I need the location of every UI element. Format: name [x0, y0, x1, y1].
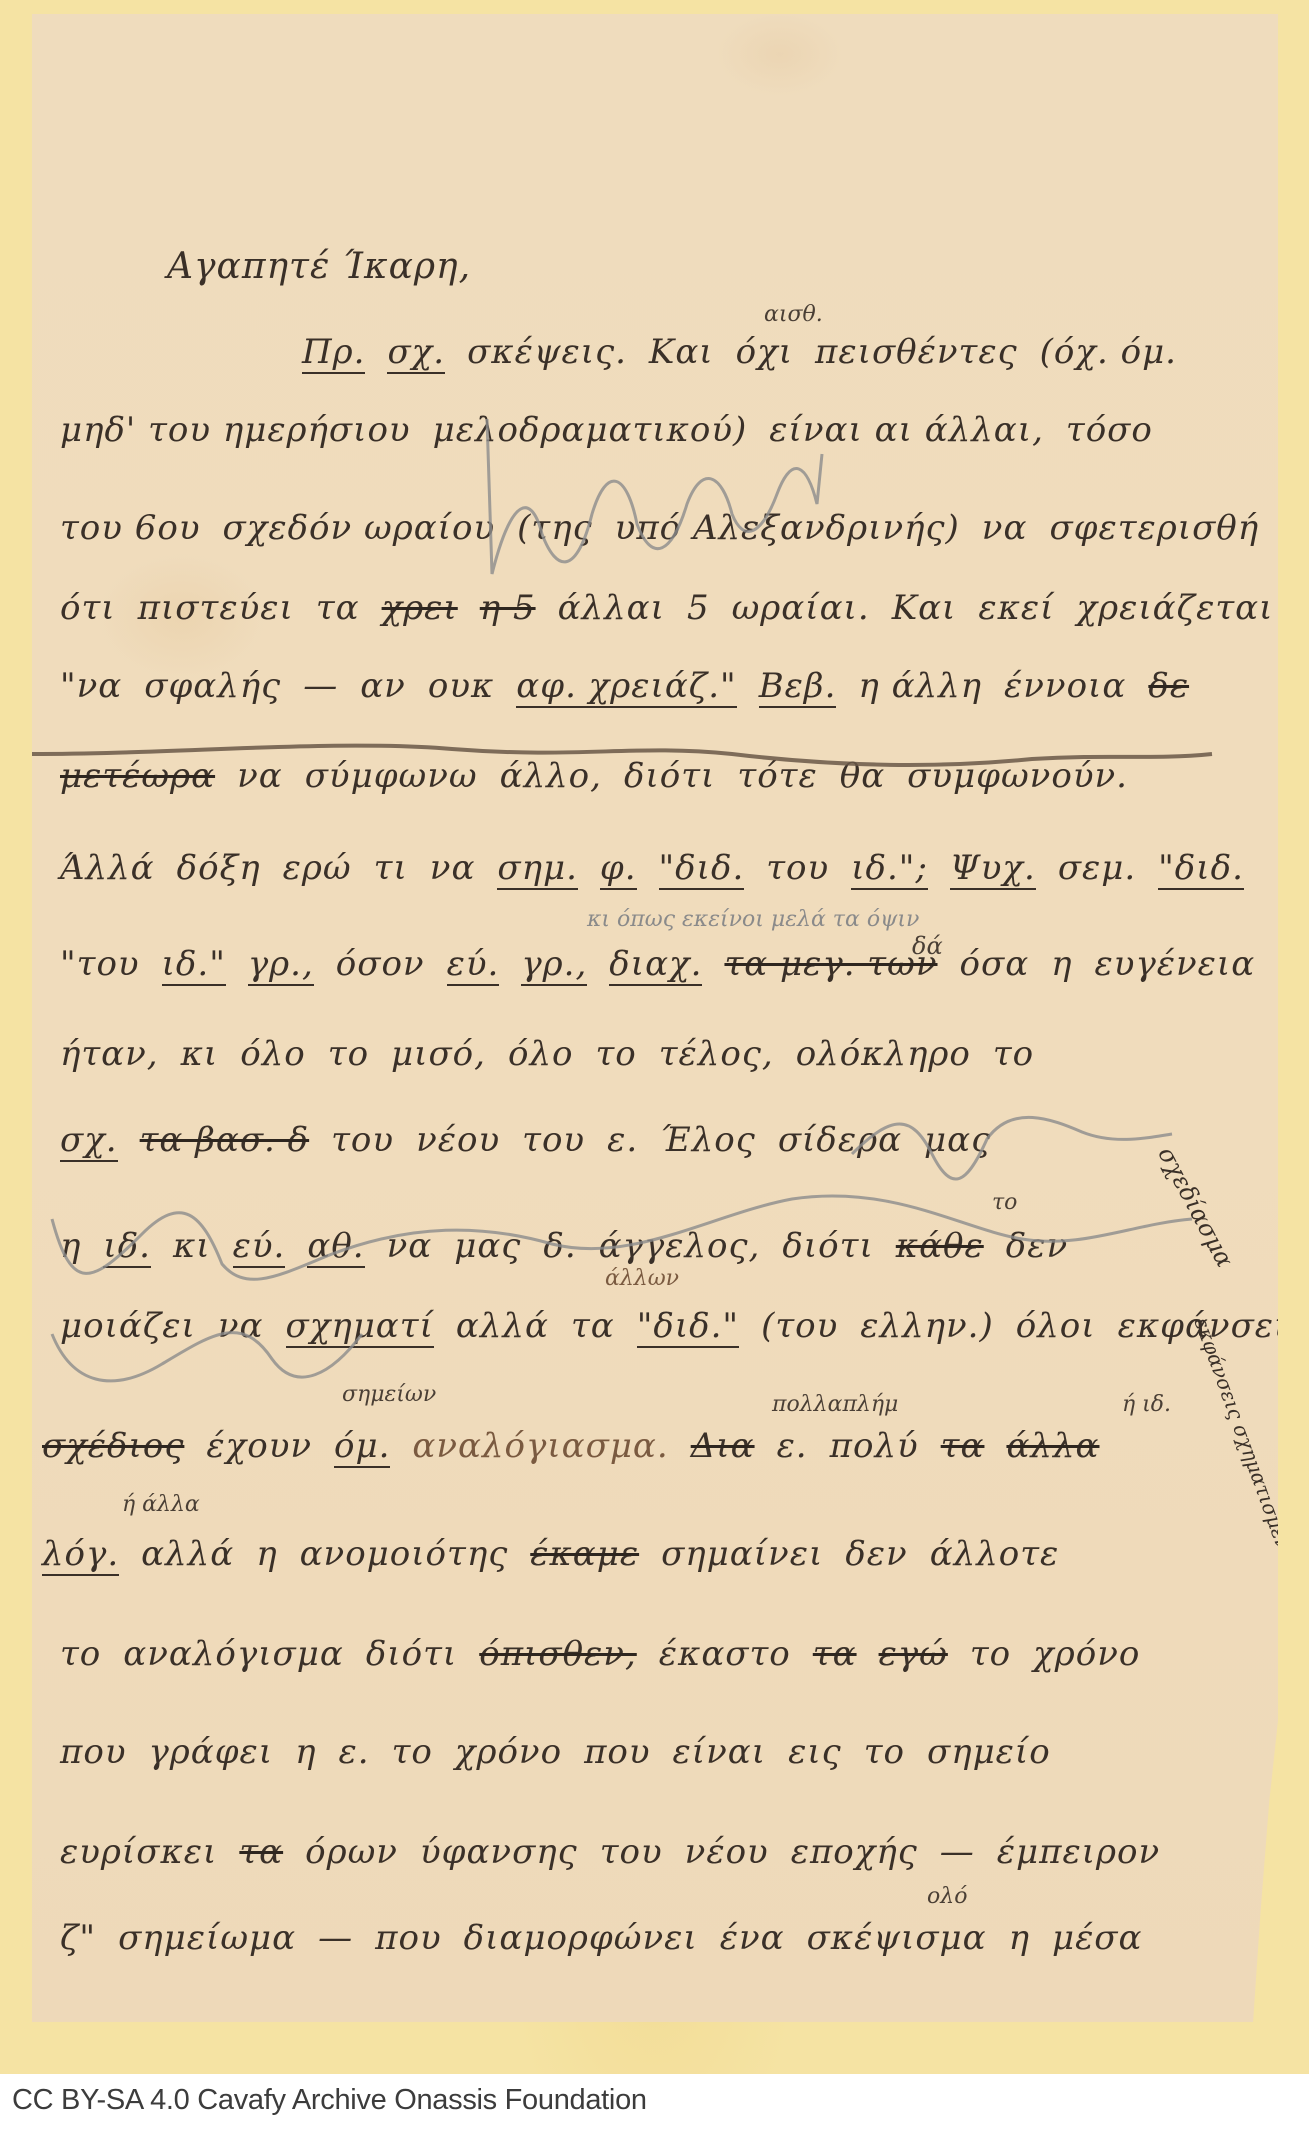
word: όλο [508, 1034, 574, 1074]
word: το [993, 1034, 1034, 1074]
interlinear-note: το [992, 1190, 1017, 1215]
word: ανομοιότης [300, 1534, 509, 1574]
word: η [60, 1226, 81, 1266]
word: Και [892, 588, 957, 628]
word: εποχής [791, 1832, 918, 1872]
word: πεισθέντες [815, 332, 1018, 372]
word: να [982, 508, 1028, 548]
struck-word: άλλα [1006, 1426, 1099, 1466]
word: σφετερισθή [1049, 508, 1259, 548]
word: ιδ." [162, 944, 226, 986]
word: τα [571, 1306, 615, 1346]
word: όχι [736, 332, 793, 372]
word: γρ., [521, 944, 587, 986]
word: σχ. [60, 1120, 118, 1162]
word: δεν [845, 1534, 907, 1574]
struck-word: τα [813, 1634, 857, 1674]
word: το [970, 1634, 1011, 1674]
word: πιστεύει [138, 588, 294, 628]
word: σκέψεις. [467, 332, 627, 372]
word: ύφανσης [420, 1832, 578, 1872]
word: σχ. [387, 332, 445, 374]
manuscript-line-4: ότιπιστεύειταχρειη 5άλλαι5ωραίαι.Καιεκεί… [60, 588, 1295, 628]
word: είναι αι άλλαι, [769, 410, 1044, 450]
word: αν [360, 666, 406, 706]
interlinear-note: κι όπως εκείνοι μελά τα όψιν [587, 907, 919, 932]
word: η [295, 1732, 316, 1772]
manuscript-line-7: Άλλάδόξηερώτινασημ.φ."διδ.τουιδ.";Ψυχ.σε… [60, 848, 1266, 890]
word: όρων [305, 1832, 398, 1872]
word: "διδ. [659, 848, 745, 890]
word: όσα [960, 944, 1030, 984]
word: (της [517, 508, 593, 548]
struck-word: τα βασ. δ [140, 1120, 310, 1160]
word: του [766, 848, 829, 888]
struck-word: σχέδιος [42, 1426, 184, 1466]
word: μας [454, 1226, 521, 1266]
word: ελλην.) [860, 1306, 993, 1346]
word: τέλος, [659, 1034, 774, 1074]
word: μέσα [1052, 1918, 1143, 1958]
word: δ. [543, 1226, 576, 1266]
greeting: Αγαπητέ Ίκαρη, [167, 246, 471, 287]
word: 5 [687, 588, 710, 628]
word: αναλόγιασμα. [412, 1426, 668, 1466]
word: χρειάζεται [1077, 588, 1274, 628]
word: μισό, [391, 1034, 486, 1074]
interlinear-note: πολλαπλήμ [772, 1392, 898, 1417]
license-credit: CC BY-SA 4.0 Cavafy Archive Onassis Foun… [12, 2084, 647, 2117]
word: η [256, 1534, 277, 1574]
interlinear-note: ή άλλα [122, 1492, 200, 1517]
word: η [1009, 1918, 1030, 1958]
word: μηδ' του ημερήσιου [60, 410, 411, 450]
manuscript-line-2: μηδ' του ημερήσιουμελοδραματικού)είναι α… [60, 410, 1175, 450]
word: είναι [673, 1732, 767, 1772]
word: — [318, 1918, 353, 1958]
word: ήταν, [60, 1034, 159, 1074]
word: σημείο [927, 1732, 1051, 1772]
word: που [375, 1918, 441, 1958]
word: ευγένεια [1095, 944, 1256, 984]
word: έκαστο [659, 1634, 791, 1674]
word: σίδερα [778, 1120, 902, 1160]
interlinear-note: άλλων [605, 1266, 679, 1291]
word: άγγελος, [599, 1226, 761, 1266]
word: αλλά [141, 1534, 234, 1574]
word: χρόνο [1033, 1634, 1140, 1674]
manuscript-line-1: Πρ.σχ.σκέψεις.Καιόχιπεισθέντες(όχ. όμ. [302, 332, 1199, 374]
word: δόξη [177, 848, 261, 888]
word: διότι [624, 756, 715, 796]
word: όμ. [334, 1426, 390, 1468]
word: "διδ." [637, 1306, 739, 1348]
word: τι [374, 848, 408, 888]
word: εύ. [233, 1226, 286, 1268]
interlinear-note: ή ιδ. [1122, 1392, 1171, 1417]
word: αναλόγισμα [123, 1634, 344, 1674]
word: του [522, 1120, 585, 1160]
word: — [303, 666, 338, 706]
word: η άλλη [858, 666, 982, 706]
interlinear-note: αισθ. [764, 302, 823, 327]
struck-word: τα μεγ. των [724, 944, 937, 984]
word: κι [173, 1226, 211, 1266]
word: το [392, 1732, 433, 1772]
word: του [600, 1832, 663, 1872]
word: αφ. χρειάζ." [516, 666, 736, 708]
word: Άλλά [60, 848, 155, 888]
word: γράφει [148, 1732, 273, 1772]
word: το [60, 1634, 101, 1674]
word: "να [60, 666, 122, 706]
word: ένα [720, 1918, 785, 1958]
struck-word: όπισθεν, [479, 1634, 637, 1674]
word: Βεβ. [759, 666, 837, 708]
word: ολόκληρο [796, 1034, 971, 1074]
word: αλλά [456, 1306, 549, 1346]
word: σεμ. [1058, 848, 1136, 888]
word: έχουν [206, 1426, 312, 1466]
word: σημ. [497, 848, 577, 890]
word: ωραίαι. [732, 588, 870, 628]
word: τόσο [1066, 410, 1153, 450]
word: ουκ [428, 666, 494, 706]
word: το [864, 1732, 905, 1772]
word: ιδ."; [851, 848, 928, 890]
word: ευρίσκει [60, 1832, 217, 1872]
interlinear-note: σημείων [342, 1382, 436, 1407]
word: δεν [1006, 1226, 1068, 1266]
word: ε. [339, 1732, 370, 1772]
word: λόγ. [42, 1534, 119, 1576]
word: Πρ. [302, 332, 365, 374]
word: που [584, 1732, 650, 1772]
word: γρ., [248, 944, 314, 986]
manuscript-line-6: μετέωρανασύμφωνωάλλο,διότιτότεθασυμφωνού… [60, 756, 1150, 796]
word: υπό Αλεξανδρινής) [615, 508, 960, 548]
word: Ψυχ. [950, 848, 1036, 890]
word: τότε [737, 756, 817, 796]
manuscript-line-17: ευρίσκειταόρωνύφανσηςτουνέουεποχής—έμπει… [60, 1832, 1182, 1872]
manuscript-line-13: σχέδιοςέχουνόμ.αναλόγιασμα.Διαε.πολύταάλ… [42, 1426, 1121, 1468]
word: διαχ. [609, 944, 702, 986]
word: του [331, 1120, 394, 1160]
word: να [387, 1226, 433, 1266]
word: θα [840, 756, 885, 796]
word: όλοι [1016, 1306, 1096, 1346]
word: σύμφωνω [305, 756, 478, 796]
word: διαμορφώνει [464, 1918, 698, 1958]
word: μας [924, 1120, 991, 1160]
struck-word: η 5 [480, 588, 536, 628]
interlinear-note: ολό [927, 1884, 967, 1909]
word: (του [761, 1306, 838, 1346]
word: σημείωμα [118, 1918, 296, 1958]
word: να [430, 848, 476, 888]
word: σχεδόν ωραίου [223, 508, 496, 548]
manuscript-line-5: "νασφαλής—ανουκαφ. χρειάζ."Βεβ.η άλληένν… [60, 666, 1211, 708]
manuscript-line-11: ηιδ.κιεύ.αθ.ναμαςδ.άγγελος,διότικάθεδεν [60, 1226, 1090, 1268]
word: εύ. [447, 944, 500, 986]
word: Και [649, 332, 714, 372]
word: "του [60, 944, 140, 984]
word: διότι [782, 1226, 873, 1266]
word: συμφωνούν. [907, 756, 1128, 796]
word: φ. [600, 848, 637, 890]
word: σφαλής [144, 666, 281, 706]
struck-word: χρει [382, 588, 458, 628]
word: μοιάζει [60, 1306, 196, 1346]
manuscript-line-15: τοαναλόγισμαδιότιόπισθεν,έκαστοταεγώτοχρ… [60, 1634, 1162, 1674]
struck-word: μετέωρα [60, 756, 215, 796]
word: ε. [777, 1426, 808, 1466]
struck-word: έκαμε [530, 1534, 639, 1574]
word: νέου [416, 1120, 500, 1160]
word: να [218, 1306, 264, 1346]
word: έμπειρον [997, 1832, 1160, 1872]
word: έννοια [1004, 666, 1126, 706]
struck-word: εγώ [879, 1634, 948, 1674]
word: διότι [366, 1634, 457, 1674]
word: σημαίνει [661, 1534, 823, 1574]
word: ζ" [60, 1918, 96, 1958]
manuscript-line-12: μοιάζεινασχηματίαλλάτα"διδ."(τουελλην.)ό… [60, 1306, 1309, 1348]
word: νέου [685, 1832, 769, 1872]
word: το [328, 1034, 369, 1074]
word: άλλο, [500, 756, 602, 796]
word: η [1051, 944, 1072, 984]
word: άλλαι [558, 588, 665, 628]
struck-word: Δια [691, 1426, 755, 1466]
word: σκέψισμα [807, 1918, 987, 1958]
word: εις [788, 1732, 842, 1772]
word: του 6ου [60, 508, 201, 548]
struck-word: δε [1148, 666, 1189, 706]
margin-note: σχεδίασμα [1152, 1142, 1239, 1272]
word: το [595, 1034, 636, 1074]
word: όλο [240, 1034, 306, 1074]
word: άλλοτε [930, 1534, 1060, 1574]
word: όσον [336, 944, 425, 984]
word: χρόνο [455, 1732, 562, 1772]
manuscript-page: Αγαπητέ Ίκαρη, Πρ.σχ.σκέψεις.Καιόχιπεισθ… [32, 14, 1278, 2022]
word: ερώ [283, 848, 352, 888]
word: (όχ. όμ. [1040, 332, 1177, 372]
word: ε. [607, 1120, 638, 1160]
word: κι [181, 1034, 219, 1074]
word: Έλος [660, 1120, 756, 1160]
word: τα [316, 588, 360, 628]
word: σχηματί [286, 1306, 434, 1348]
pencil-deletion-marks [32, 14, 1278, 2022]
footer-bar: CC BY-SA 4.0 Cavafy Archive Onassis Foun… [0, 2074, 1309, 2136]
word: πολύ [830, 1426, 919, 1466]
manuscript-line-8: "τουιδ."γρ.,όσονεύ.γρ.,διαχ.τα μεγ. τωνό… [60, 944, 1277, 986]
word: "διδ. [1158, 848, 1244, 890]
struck-word: τα [941, 1426, 985, 1466]
manuscript-line-10: σχ.τα βασ. δτουνέουτουε.Έλοςσίδεραμας [60, 1120, 1013, 1162]
manuscript-line-16: πουγράφειηε.τοχρόνοπουείναιειςτοσημείο [60, 1732, 1073, 1772]
word: να [237, 756, 283, 796]
word: που [60, 1732, 126, 1772]
manuscript-line-3: του 6ουσχεδόν ωραίου(τηςυπό Αλεξανδρινής… [60, 508, 1309, 548]
word: ιδ. [103, 1226, 151, 1268]
word: — [940, 1832, 975, 1872]
manuscript-line-14: λόγ.αλλάηανομοιότηςέκαμεσημαίνειδενάλλοτ… [42, 1534, 1081, 1576]
manuscript-line-18: ζ"σημείωμα—πουδιαμορφώνειένασκέψισμαημέσ… [60, 1918, 1164, 1958]
struck-word: κάθε [896, 1226, 984, 1266]
word: ότι [60, 588, 116, 628]
manuscript-line-9: ήταν,κιόλοτομισό,όλοτοτέλος,ολόκληροτο [60, 1034, 1056, 1074]
word: μελοδραματικού) [433, 410, 748, 450]
word: εκεί [978, 588, 1054, 628]
word: αθ. [307, 1226, 364, 1268]
struck-word: τα [239, 1832, 283, 1872]
